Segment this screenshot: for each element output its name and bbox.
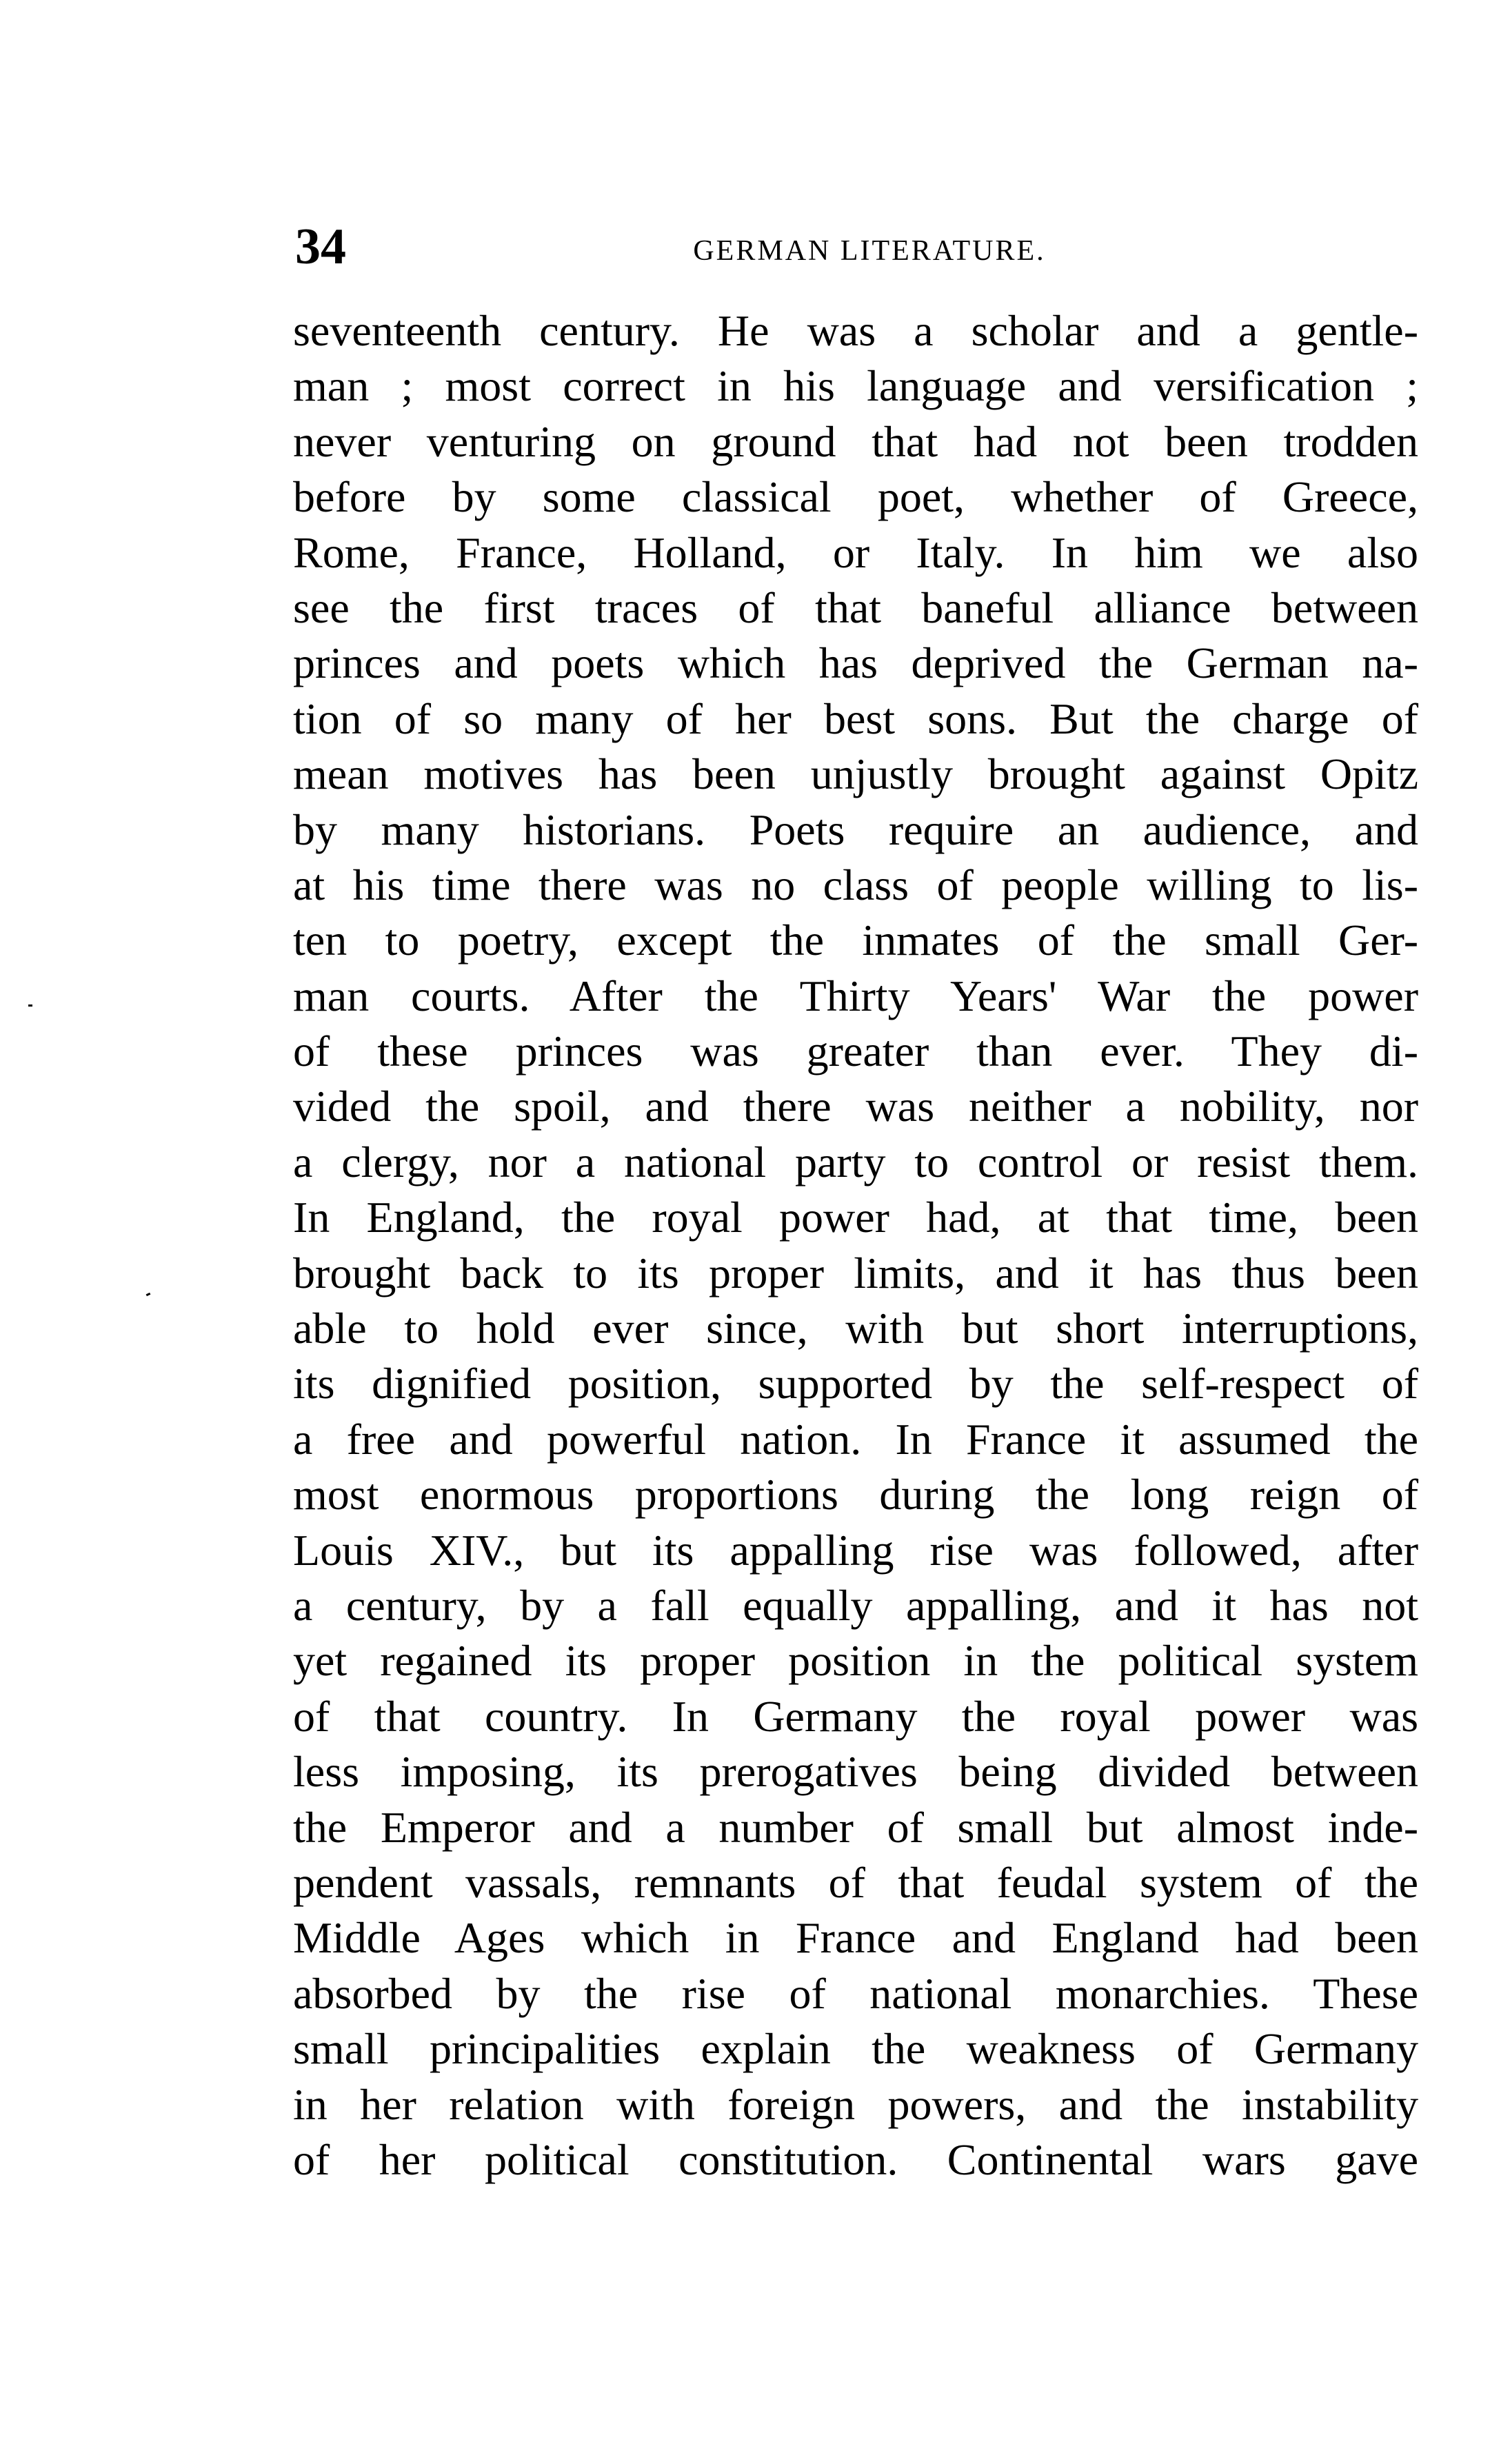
text-line: a clergy, nor a national party to contro…	[293, 1135, 1418, 1190]
text-line: tion of so many of her best sons. But th…	[293, 691, 1418, 747]
running-head: 34 GERMAN LITERATURE.	[293, 219, 1418, 274]
text-line: princes and poets which has deprived the…	[293, 636, 1418, 691]
text-line: Middle Ages which in France and England …	[293, 1910, 1418, 1966]
text-line: able to hold ever since, with but short …	[293, 1301, 1418, 1356]
text-line: man ; most correct in his language and v…	[293, 359, 1418, 414]
text-line: the Emperor and a number of small but al…	[293, 1800, 1418, 1855]
text-line: Rome, France, Holland, or Italy. In him …	[293, 525, 1418, 580]
margin-speck	[146, 1293, 151, 1296]
text-line: see the first traces of that baneful all…	[293, 580, 1418, 636]
text-line: brought back to its proper limits, and i…	[293, 1246, 1418, 1301]
text-line: pendent vassals, remnants of that feudal…	[293, 1855, 1418, 1910]
running-title: GERMAN LITERATURE.	[293, 223, 1418, 279]
text-line: seventeenth century. He was a scholar an…	[293, 303, 1418, 359]
text-line: of that country. In Germany the royal po…	[293, 1689, 1418, 1744]
text-line: of her political constitution. Continent…	[293, 2132, 1418, 2188]
text-line: man courts. After the Thirty Years' War …	[293, 969, 1418, 1024]
text-line: small principalities explain the weaknes…	[293, 2021, 1418, 2077]
text-line: less imposing, its prerogatives being di…	[293, 1744, 1418, 1799]
text-line: at his time there was no class of people…	[293, 858, 1418, 913]
text-line: Louis XIV., but its appalling rise was f…	[293, 1523, 1418, 1578]
text-line: In England, the royal power had, at that…	[293, 1190, 1418, 1245]
text-line: its dignified position, supported by the…	[293, 1356, 1418, 1411]
text-line: of these princes was greater than ever. …	[293, 1024, 1418, 1079]
text-line: before by some classical poet, whether o…	[293, 469, 1418, 525]
text-line: a century, by a fall equally appalling, …	[293, 1578, 1418, 1633]
text-line: yet regained its proper position in the …	[293, 1633, 1418, 1688]
text-line: a free and powerful nation. In France it…	[293, 1412, 1418, 1467]
text-line: vided the spoil, and there was neither a…	[293, 1079, 1418, 1134]
book-page: 34 GERMAN LITERATURE. seventeenth centur…	[0, 0, 1510, 2464]
body-text: seventeenth century. He was a scholar an…	[293, 303, 1418, 2188]
text-line: by many historians. Poets require an aud…	[293, 802, 1418, 858]
text-line: most enormous proportions during the lon…	[293, 1467, 1418, 1522]
text-line: never venturing on ground that had not b…	[293, 414, 1418, 469]
margin-speck	[28, 1004, 32, 1007]
text-line: in her relation with foreign powers, and…	[293, 2077, 1418, 2132]
text-line: absorbed by the rise of national monarch…	[293, 1966, 1418, 2021]
text-line: ten to poetry, except the inmates of the…	[293, 913, 1418, 968]
text-line: mean motives has been unjustly brought a…	[293, 747, 1418, 802]
